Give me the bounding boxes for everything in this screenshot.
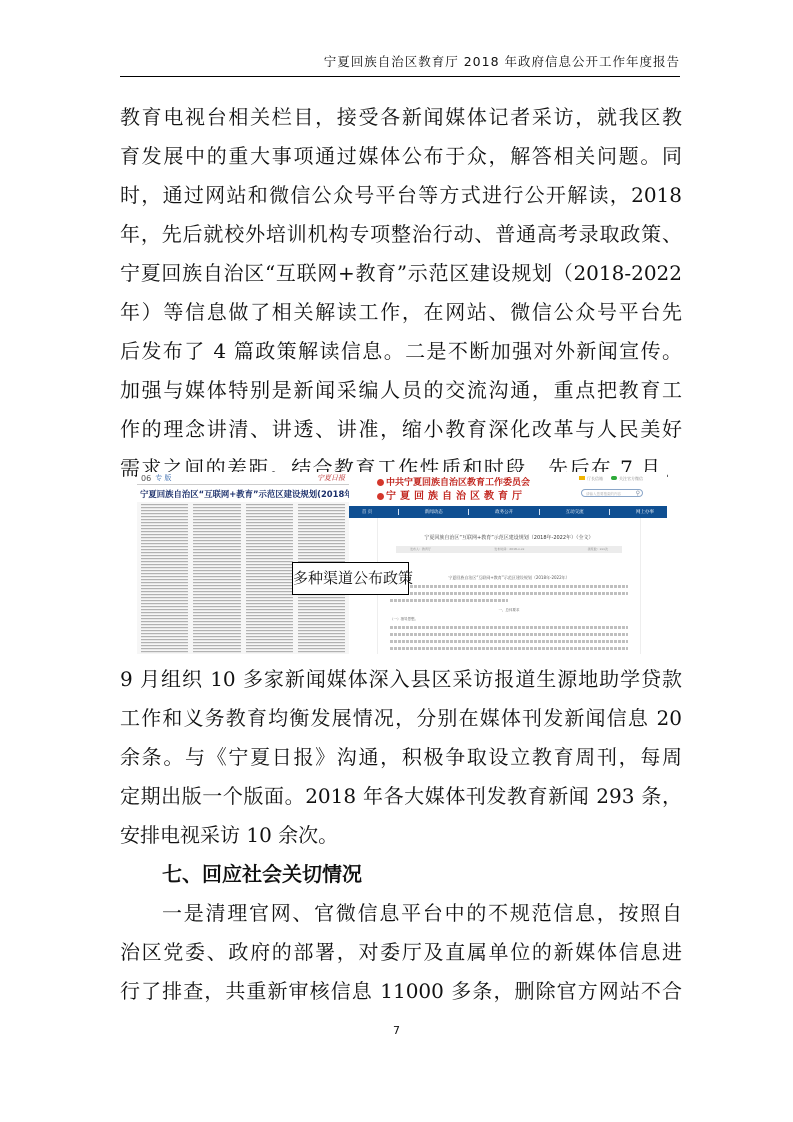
text-line: 育发展中的重大事项通过媒体公布于众，解答相关问题。同	[120, 137, 682, 176]
text-line: 一是清理官网、官微信息平台中的不规范信息，按照自	[120, 894, 682, 933]
policy-channels-figure: 06 专 版 宁夏日报 宁夏回族自治区“互联网+教育”示范区建设规划(2018年…	[137, 472, 667, 654]
page-number: 7	[0, 1024, 793, 1037]
text-line: 年，先后就校外培训机构专项整治行动、普通高考录取政策、	[120, 215, 682, 254]
party-emblem-icon	[377, 479, 384, 486]
text-line: 教育电视台相关栏目，接受各新闻媒体记者采访，就我区教	[120, 98, 682, 137]
website-text-line	[390, 585, 628, 588]
nav-item-news: 新闻动态	[425, 509, 443, 515]
nav-item-home: 首 页	[362, 509, 372, 515]
text-line: 工作和义务教育均衡发展情况，分别在媒体刊发新闻信息 20	[120, 699, 682, 738]
newspaper-section: 专 版	[155, 473, 171, 483]
website-article-title: 宁夏回族自治区“互联网+教育”示范区建设规划（2018年-2022年）（全文）	[378, 534, 640, 541]
nav-separator	[468, 509, 469, 515]
section-heading: 七、回应社会关切情况	[120, 855, 682, 894]
newspaper-column	[246, 504, 293, 654]
text-line: 时，通过网站和微信公众号平台等方式进行公开解读，2018	[120, 176, 682, 215]
website-text-line	[390, 599, 508, 602]
nav-separator	[539, 509, 540, 515]
website-search-box: 请输入您要搜索的内容 ⚲	[581, 489, 643, 497]
wechat-icon	[611, 476, 617, 480]
website-nav-bar: 首 页 新闻动态 政务公开 互动交流 网上办事	[349, 506, 667, 518]
nav-separator	[609, 509, 610, 515]
text-line: 年）等信息做了相关解读工作，在网站、微信公众号平台先	[120, 293, 682, 332]
paragraph-top: 教育电视台相关栏目，接受各新闻媒体记者采访，就我区教 育发展中的重大事项通过媒体…	[120, 98, 682, 488]
page-header: 宁夏回族自治区教育厅 2018 年政府信息公开工作年度报告	[120, 46, 680, 77]
newspaper-column	[141, 504, 188, 654]
paragraph-mid: 9 月组织 10 多家新闻媒体深入县区采访报道生源地助学贷款 工作和义务教育均衡…	[120, 660, 682, 1011]
website-text-line	[390, 640, 628, 643]
newspaper-page-number: 06	[141, 474, 151, 483]
text-line: 安排电视采访 10 余次。	[120, 816, 682, 855]
national-emblem-icon	[377, 493, 384, 500]
website-article-meta: 发布人：教育厅 发布时间：2018-x-xx 浏览数：xxx次	[396, 546, 622, 553]
search-icon: ⚲	[636, 490, 640, 498]
newspaper-masthead: 宁夏日报	[317, 473, 345, 483]
website-text-line	[390, 626, 628, 629]
newspaper-topbar: 06 专 版 宁夏日报	[137, 472, 349, 485]
text-line: 宁夏回族自治区“互联网+教育”示范区建设规划（2018-2022	[120, 254, 682, 293]
nav-item-public-affairs: 政务公开	[495, 509, 513, 515]
mail-icon	[579, 476, 585, 480]
website-article-subtitle: 宁夏回族自治区“互联网+教育”示范区建设规划（2018年-2022年）	[378, 575, 640, 581]
website-top-links: 厅长信箱 关注官方微信	[579, 476, 643, 482]
newspaper-column	[193, 504, 240, 654]
nav-separator	[398, 509, 399, 515]
website-text-line	[390, 592, 628, 595]
website-text-line	[390, 633, 628, 636]
text-line: 作的理念讲清、讲透、讲准，缩小教育深化改革与人民美好	[120, 410, 682, 449]
nav-item-interaction: 互动交流	[566, 509, 584, 515]
figure-callout-label: 多种渠道公布政策	[292, 562, 409, 595]
website-subsection: （一）指导思想。	[390, 617, 628, 622]
text-line: 9 月组织 10 多家新闻媒体深入县区采访报道生源地助学贷款	[120, 660, 682, 699]
newspaper-headline: 宁夏回族自治区“互联网+教育”示范区建设规划(2018年-2022年)	[137, 485, 349, 502]
report-title: 宁夏回族自治区教育厅 2018 年政府信息公开工作年度报告	[324, 52, 680, 70]
website-header: 中共宁夏回族自治区教育工作委员会 宁夏回族自治区教育厅 厅长信箱 关注官方微信 …	[349, 472, 667, 504]
text-line: 加强与媒体特别是新闻采编人员的交流沟通，重点把教育工	[120, 371, 682, 410]
website-article: 宁夏回族自治区“互联网+教育”示范区建设规划（2018年-2022年）（全文） …	[377, 518, 641, 654]
text-line: 治区党委、政府的部署，对委厅及直属单位的新媒体信息进	[120, 933, 682, 972]
text-line: 后发布了 4 篇政策解读信息。二是不断加强对外新闻宣传。	[120, 332, 682, 371]
text-line: 余条。与《宁夏日报》沟通，积极争取设立教育周刊，每周	[120, 738, 682, 777]
mailbox-link: 厅长信箱	[579, 476, 603, 482]
text-line: 行了排查，共重新审核信息 11000 多条，删除官方网站不合	[120, 972, 682, 1011]
text-line: 定期出版一个版面。2018 年各大媒体刊发教育新闻 293 条，	[120, 777, 682, 816]
website-section-heading: 一、总体要求	[378, 608, 640, 613]
website-text-line	[390, 647, 628, 650]
website-logo-line2: 宁夏回族自治区教育厅	[377, 487, 526, 502]
nav-item-online-services: 网上办事	[636, 509, 654, 515]
wechat-link: 关注官方微信	[611, 476, 643, 482]
